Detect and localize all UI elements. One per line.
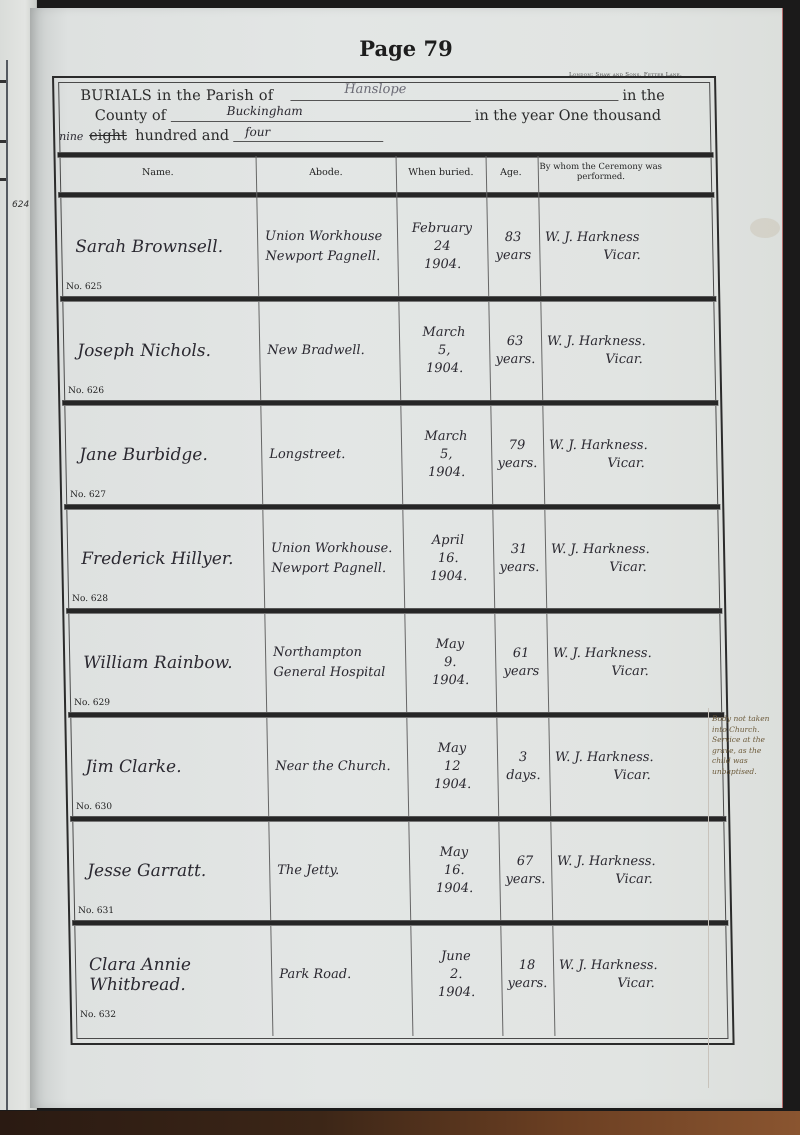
entry-when-buried-cell: May16.1904. bbox=[408, 822, 500, 920]
heading-hundred-and: hundred and bbox=[135, 128, 229, 144]
entry-officiant-cell: W. J. Harkness.Vicar. bbox=[548, 718, 686, 816]
entry-officiant-cell: W. J. Harkness.Vicar. bbox=[552, 926, 690, 1024]
burial-entry-row: Jesse Garratt.No. 631The Jetty.May16.190… bbox=[68, 822, 730, 920]
column-headers: Name. Abode. When buried. Age. By whom t… bbox=[56, 156, 717, 190]
entry-when-buried-cell: February241904. bbox=[396, 198, 488, 296]
entry-name-cell: Frederick Hillyer.No. 628 bbox=[66, 510, 278, 608]
entry-when-buried-cell: June2.1904. bbox=[410, 926, 502, 1024]
entry-number: No. 629 bbox=[74, 698, 110, 708]
entry-date-part: 1904. bbox=[432, 672, 470, 690]
entry-number: No. 625 bbox=[66, 282, 102, 292]
page-title: Page 79 bbox=[30, 36, 782, 61]
entry-abode-line: Park Road. bbox=[279, 965, 419, 985]
facing-page-entry-mark: 624 bbox=[12, 200, 29, 210]
burial-entry-row: Sarah Brownsell.No. 625Union WorkhouseNe… bbox=[56, 198, 718, 296]
entry-date-part: 1904. bbox=[430, 568, 468, 586]
entry-age-part: years. bbox=[505, 871, 545, 889]
burial-entry-row: Clara Annie Whitbread.No. 632Park Road.J… bbox=[70, 926, 732, 1024]
entry-name: Clara Annie Whitbread. bbox=[89, 955, 286, 995]
entry-officiant-title: Vicar. bbox=[547, 351, 677, 369]
entry-when-buried-cell: May9.1904. bbox=[404, 614, 496, 712]
entry-name: William Rainbow. bbox=[83, 653, 279, 673]
entry-officiant-cell: W. J. Harkness.Vicar. bbox=[550, 822, 688, 920]
entry-when-buried-cell: March5,1904. bbox=[398, 302, 490, 400]
entry-date-part: 5, bbox=[440, 446, 453, 464]
entry-date-part: March bbox=[422, 324, 465, 342]
heading-year-label: in the year One thousand bbox=[475, 108, 662, 124]
year-value: four bbox=[245, 125, 270, 139]
entry-date-part: 16. bbox=[438, 550, 459, 568]
entry-age-cell: 83years bbox=[486, 198, 540, 296]
entry-date-part: 1904. bbox=[438, 984, 476, 1002]
column-header-officiant: By whom the Ceremony was performed. bbox=[536, 156, 667, 190]
entry-abode-cell: Longstreet. bbox=[260, 406, 410, 504]
entry-age-cell: 61years bbox=[494, 614, 548, 712]
entry-number: No. 631 bbox=[78, 906, 114, 916]
entry-age-cell: 18years. bbox=[500, 926, 554, 1024]
entry-officiant-name: W. J. Harkness. bbox=[559, 957, 689, 975]
entry-when-buried-cell: April16.1904. bbox=[402, 510, 494, 608]
heading-parish-label: BURIALS in the Parish of bbox=[80, 88, 273, 104]
entry-officiant-title: Vicar. bbox=[553, 663, 683, 681]
entry-abode-line: Northampton bbox=[273, 643, 413, 663]
entry-date-part: 1904. bbox=[426, 360, 464, 378]
entry-age-part: 31 bbox=[511, 541, 528, 559]
year-correction: nine bbox=[59, 130, 83, 143]
entry-abode-line: Union Workhouse bbox=[265, 227, 405, 247]
entry-age-part: 63 bbox=[507, 333, 524, 351]
entry-date-part: March bbox=[424, 428, 467, 446]
entry-officiant-name: W. J. Harkness. bbox=[555, 749, 685, 767]
burial-entry-row: Frederick Hillyer.No. 628Union Workhouse… bbox=[62, 510, 724, 608]
margin-annotation: Body not taken into Church. Service at t… bbox=[712, 714, 774, 777]
entry-name: Joseph Nichols. bbox=[77, 341, 273, 361]
entry-date-part: February bbox=[412, 220, 473, 238]
entry-date-part: May bbox=[438, 740, 467, 758]
facing-page-rule bbox=[0, 178, 6, 181]
entry-officiant-title: Vicar. bbox=[555, 767, 685, 785]
entry-abode-line: Union Workhouse. bbox=[271, 539, 411, 559]
entry-age-part: 61 bbox=[513, 645, 530, 663]
entry-date-part: June bbox=[441, 948, 471, 966]
entry-age-part: years. bbox=[497, 455, 537, 473]
county-field: Buckingham bbox=[171, 105, 471, 122]
entry-abode-line: Newport Pagnell. bbox=[271, 559, 411, 579]
entry-officiant-name: W. J. Harkness. bbox=[549, 437, 679, 455]
burial-entry-row: William Rainbow.No. 629NorthamptonGenera… bbox=[64, 614, 726, 712]
entry-abode-cell: Union Workhouse.Newport Pagnell. bbox=[262, 510, 412, 608]
entry-date-part: 5, bbox=[438, 342, 451, 360]
register-heading: BURIALS in the Parish of Hanslope in the… bbox=[54, 78, 715, 150]
heading-in-the: in the bbox=[622, 88, 665, 104]
entry-number: No. 626 bbox=[68, 386, 104, 396]
entry-officiant-cell: W. J. Harkness.Vicar. bbox=[540, 302, 678, 400]
entry-date-part: 2. bbox=[450, 966, 463, 984]
county-value: Buckingham bbox=[227, 104, 303, 118]
entry-date-part: 9. bbox=[444, 654, 457, 672]
entry-name: Sarah Brownsell. bbox=[75, 237, 271, 257]
entry-abode-cell: The Jetty. bbox=[268, 822, 418, 920]
entry-officiant-title: Vicar. bbox=[549, 455, 679, 473]
parish-field: Hanslope bbox=[290, 84, 618, 101]
facing-page-rule bbox=[0, 80, 6, 83]
entry-age-cell: 3days. bbox=[496, 718, 550, 816]
parish-value: Hanslope bbox=[344, 82, 406, 97]
entry-officiant-name: W. J. Harkness. bbox=[553, 645, 683, 663]
entry-date-part: May bbox=[440, 844, 469, 862]
entry-name-cell: Jesse Garratt.No. 631 bbox=[72, 822, 284, 920]
year-field: four bbox=[233, 125, 383, 142]
entry-name-cell: Clara Annie Whitbread.No. 632 bbox=[74, 926, 286, 1024]
entry-officiant-title: Vicar. bbox=[559, 975, 689, 993]
entry-date-part: May bbox=[436, 636, 465, 654]
entry-officiant-cell: W. J. HarknessVicar. bbox=[538, 198, 676, 296]
entry-date-part: 24 bbox=[434, 238, 451, 256]
entry-age-part: years. bbox=[507, 975, 547, 993]
register-page: Page 79 London: Shaw and Sons, Fetter La… bbox=[30, 8, 783, 1108]
entry-age-part: years bbox=[503, 663, 539, 681]
entry-age-part: 3 bbox=[519, 749, 528, 767]
entry-abode-line: New Bradwell. bbox=[267, 341, 407, 361]
entry-officiant-cell: W. J. Harkness.Vicar. bbox=[544, 510, 682, 608]
entry-name: Jesse Garratt. bbox=[87, 861, 283, 881]
entry-when-buried-cell: March5,1904. bbox=[400, 406, 492, 504]
register-table: BURIALS in the Parish of Hanslope in the… bbox=[52, 76, 735, 1045]
column-header-abode: Abode. bbox=[256, 156, 397, 190]
entry-officiant-name: W. J. Harkness. bbox=[547, 333, 677, 351]
entry-officiant-cell: W. J. Harkness.Vicar. bbox=[542, 406, 680, 504]
burial-entry-row: Jane Burbidge.No. 627Longstreet.March5,1… bbox=[60, 406, 722, 504]
entry-date-part: 16. bbox=[444, 862, 465, 880]
entry-officiant-name: W. J. Harkness. bbox=[551, 541, 681, 559]
paper-stain bbox=[750, 218, 780, 238]
entry-number: No. 630 bbox=[76, 802, 112, 812]
entry-date-part: 1904. bbox=[428, 464, 466, 482]
entry-abode-line: The Jetty. bbox=[277, 861, 417, 881]
column-header-name: Name. bbox=[60, 156, 257, 190]
entry-name-cell: Jane Burbidge.No. 627 bbox=[64, 406, 276, 504]
entry-age-cell: 79years. bbox=[490, 406, 544, 504]
entry-age-cell: 31years. bbox=[492, 510, 546, 608]
entry-officiant-title: Vicar. bbox=[545, 247, 675, 265]
entry-name-cell: William Rainbow.No. 629 bbox=[68, 614, 280, 712]
entry-when-buried-cell: May121904. bbox=[406, 718, 498, 816]
entry-abode-line: Longstreet. bbox=[269, 445, 409, 465]
entry-officiant-title: Vicar. bbox=[557, 871, 687, 889]
desk-surface bbox=[0, 1111, 800, 1135]
entry-name: Frederick Hillyer. bbox=[81, 549, 277, 569]
entry-age-part: years. bbox=[499, 559, 539, 577]
entry-abode-cell: Union WorkhouseNewport Pagnell. bbox=[256, 198, 406, 296]
entry-date-part: 1904. bbox=[434, 776, 472, 794]
entry-abode-cell: Park Road. bbox=[270, 926, 420, 1024]
entry-age-part: 18 bbox=[519, 957, 536, 975]
year-struck-word: eight bbox=[89, 128, 127, 144]
entry-age-part: 67 bbox=[517, 853, 534, 871]
entry-abode-cell: New Bradwell. bbox=[258, 302, 408, 400]
entry-number: No. 628 bbox=[72, 594, 108, 604]
entry-age-cell: 67years. bbox=[498, 822, 552, 920]
heading-county-label: County of bbox=[95, 108, 167, 124]
column-header-age: Age. bbox=[486, 156, 537, 190]
entry-number: No. 627 bbox=[70, 490, 106, 500]
entry-name-cell: Joseph Nichols.No. 626 bbox=[62, 302, 274, 400]
entry-abode-cell: Near the Church. bbox=[266, 718, 416, 816]
entry-number: No. 632 bbox=[80, 1010, 116, 1020]
burial-entry-row: Joseph Nichols.No. 626New Bradwell.March… bbox=[58, 302, 720, 400]
entry-date-part: 12 bbox=[444, 758, 461, 776]
entry-date-part: 1904. bbox=[436, 880, 474, 898]
entry-abode-cell: NorthamptonGeneral Hospital bbox=[264, 614, 414, 712]
burial-entry-row: Jim Clarke.No. 630Near the Church.May121… bbox=[66, 718, 728, 816]
entry-officiant-title: Vicar. bbox=[551, 559, 681, 577]
entry-officiant-cell: W. J. Harkness.Vicar. bbox=[546, 614, 684, 712]
facing-page-rule bbox=[0, 140, 6, 143]
column-header-when-buried: When buried. bbox=[396, 156, 487, 190]
entry-name-cell: Jim Clarke.No. 630 bbox=[70, 718, 282, 816]
entry-age-part: 83 bbox=[505, 229, 522, 247]
entry-age-part: 79 bbox=[509, 437, 526, 455]
entry-age-part: years. bbox=[495, 351, 535, 369]
entry-date-part: April bbox=[432, 532, 465, 550]
facing-page-frame bbox=[0, 60, 8, 1110]
entry-officiant-name: W. J. Harkness. bbox=[557, 853, 687, 871]
entry-abode-line: Near the Church. bbox=[275, 757, 415, 777]
entry-name: Jane Burbidge. bbox=[79, 445, 275, 465]
entry-date-part: 1904. bbox=[424, 256, 462, 274]
entry-age-part: days. bbox=[506, 767, 541, 785]
entry-name: Jim Clarke. bbox=[85, 757, 281, 777]
entry-name-cell: Sarah Brownsell.No. 625 bbox=[60, 198, 272, 296]
entry-abode-line: General Hospital bbox=[273, 663, 413, 683]
entry-officiant-name: W. J. Harkness bbox=[545, 229, 675, 247]
entry-age-cell: 63years. bbox=[488, 302, 542, 400]
entry-age-part: years bbox=[495, 247, 531, 265]
entry-abode-line: Newport Pagnell. bbox=[265, 247, 405, 267]
